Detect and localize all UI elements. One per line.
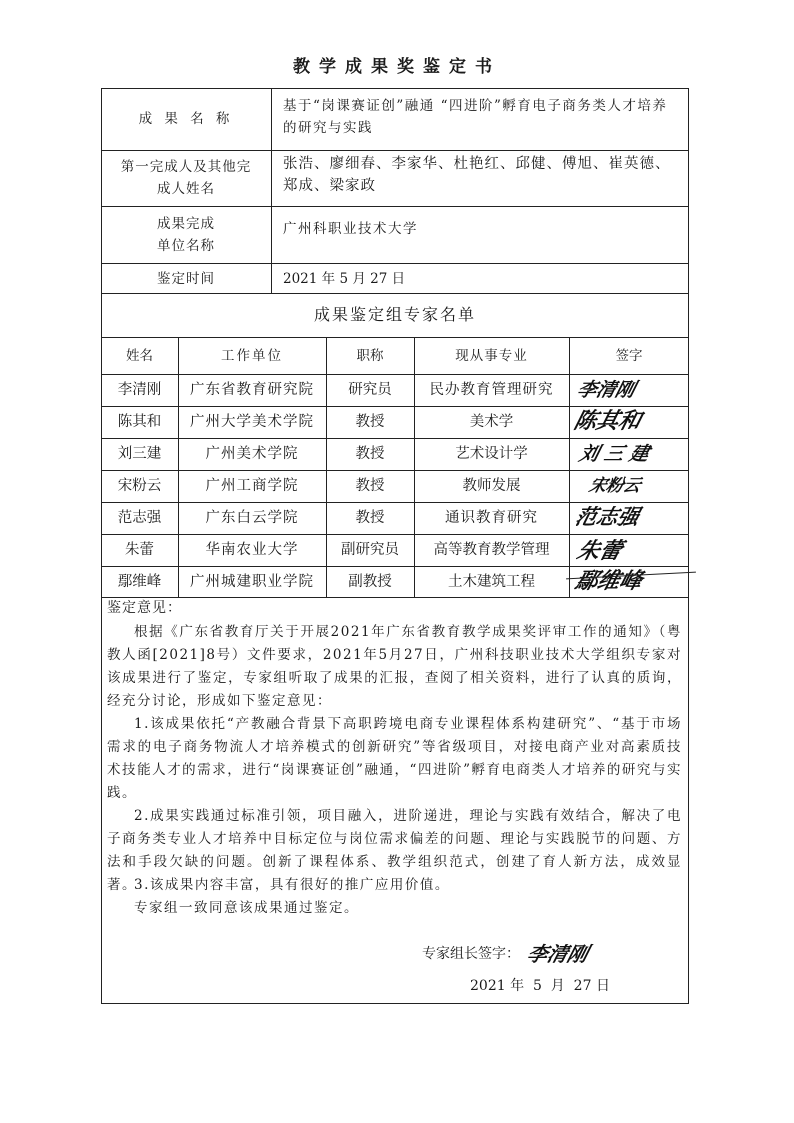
expert-field: 通识教育研究: [414, 502, 569, 534]
expert-name: 陈其和: [101, 406, 178, 438]
appraisal-date-label: 鉴定时间: [101, 263, 271, 294]
expert-signature: 朱蕾: [574, 534, 626, 565]
column-header-field: 现从事专业: [414, 337, 569, 374]
expert-field: 艺术设计学: [414, 438, 569, 470]
expert-signature: 陈其和: [571, 404, 645, 435]
column-header-organization: 工作单位: [178, 337, 326, 374]
document-title: 教学成果奖鉴定书: [0, 52, 794, 77]
organization-label: 成果完成 单位名称: [101, 206, 271, 263]
expert-title: 副研究员: [326, 534, 414, 566]
contributors-label-line1: 第一完成人及其他完: [121, 156, 252, 178]
expert-name: 宋粉云: [101, 470, 178, 502]
opinion-paragraph-4: 专家组一致同意该成果通过鉴定。: [107, 897, 682, 920]
expert-name: 范志强: [101, 502, 178, 534]
organization-value: 广州科职业技术大学: [271, 206, 689, 252]
expert-title: 教授: [326, 470, 414, 502]
expert-title: 教授: [326, 406, 414, 438]
expert-organization: 广东省教育研究院: [178, 374, 326, 406]
contributors-value: 张浩、廖细春、李家华、杜艳红、邱健、傅旭、崔英德、郑成、梁家政: [283, 153, 683, 203]
opinion-paragraph-intro: 根据《广东省教育厅关于开展2021年广东省教育教学成果奖评审工作的通知》（粤教人…: [107, 621, 682, 713]
column-header-name: 姓名: [101, 337, 178, 374]
opinion-paragraph-1: 1.该成果依托“产教融合背景下高职跨境电商专业课程体系构建研究”、“基于市场需求…: [107, 713, 682, 805]
expert-signature: 宋粉云: [587, 471, 644, 496]
expert-field: 美术学: [414, 406, 569, 438]
expert-organization: 广州美术学院: [178, 438, 326, 470]
opinion-label: 鉴定意见：: [107, 597, 307, 619]
expert-signature: 鄢维峰: [572, 564, 646, 595]
expert-organization: 广州工商学院: [178, 470, 326, 502]
appraisal-date-value: 2021 年 5 月 27 日: [271, 263, 689, 294]
column-header-title: 职称: [326, 337, 414, 374]
expert-title: 教授: [326, 502, 414, 534]
organization-label-line2: 单位名称: [157, 235, 215, 257]
expert-title: 研究员: [326, 374, 414, 406]
expert-organization: 广州大学美术学院: [178, 406, 326, 438]
expert-organization: 华南农业大学: [178, 534, 326, 566]
expert-signature: 刘三建: [577, 439, 659, 466]
expert-field: 高等教育教学管理: [414, 534, 569, 566]
expert-name: 刘三建: [101, 438, 178, 470]
opinion-paragraph-3: 3.该成果内容丰富，具有很好的推广应用价值。: [107, 874, 682, 897]
expert-organization: 广州城建职业学院: [178, 566, 326, 598]
expert-field: 民办教育管理研究: [414, 374, 569, 406]
expert-organization: 广东白云学院: [178, 502, 326, 534]
expert-signature: 李清刚: [575, 375, 639, 402]
column-header-signature: 签字: [569, 337, 689, 374]
expert-field: 教师发展: [414, 470, 569, 502]
opinion-date: 2021 年 5 月 27 日: [470, 975, 680, 997]
expert-name: 鄢维峰: [101, 566, 178, 598]
contributors-label: 第一完成人及其他完 成人姓名: [101, 150, 271, 206]
expert-name: 李清刚: [101, 374, 178, 406]
achievement-name-label: 成 果 名 称: [101, 88, 271, 150]
expert-field: 土木建筑工程: [414, 566, 569, 598]
expert-name: 朱蕾: [101, 534, 178, 566]
expert-title: 教授: [326, 438, 414, 470]
organization-label-line1: 成果完成: [157, 213, 215, 235]
expert-title: 副教授: [326, 566, 414, 598]
expert-signature: 范志强: [572, 501, 642, 531]
column-divider: [569, 337, 570, 598]
leader-signature: 李清刚: [524, 938, 591, 967]
achievement-name-value: 基于“岗课赛证创”融通 “四进阶”孵育电子商务类人才培养的研究与实践: [283, 95, 678, 145]
expert-list-heading: 成果鉴定组专家名单: [101, 293, 689, 337]
contributors-label-line2: 成人姓名: [157, 178, 215, 200]
